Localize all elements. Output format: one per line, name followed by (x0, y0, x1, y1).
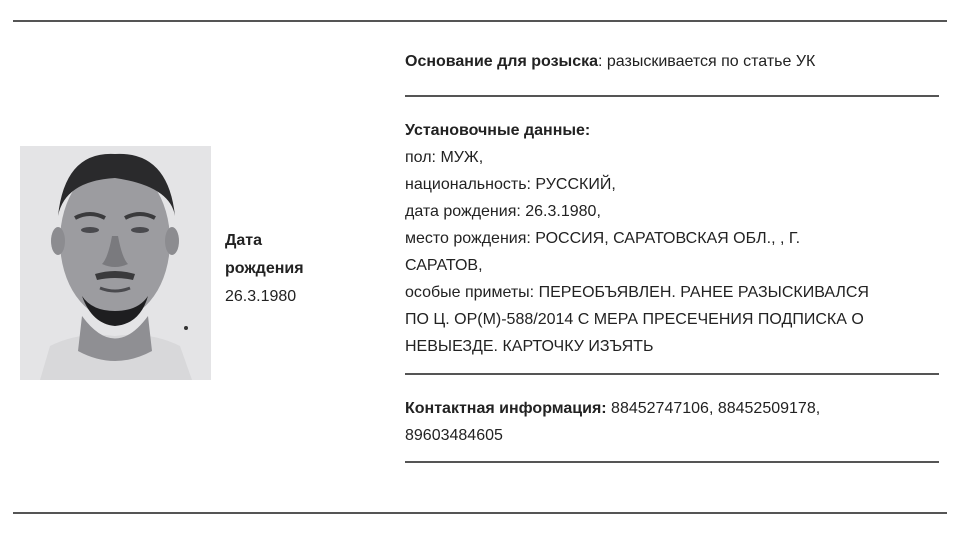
person-photo (20, 146, 211, 380)
contact-phones: 88452747106, 88452509178, (607, 400, 821, 417)
detail-line: особые приметы: ПЕРЕОБЪЯВЛЕН. РАНЕЕ РАЗЫ… (405, 279, 939, 306)
contact-label: Контактная информация: (405, 400, 607, 417)
outer-bottom-divider (13, 512, 947, 514)
detail-line: пол: МУЖ, (405, 144, 939, 171)
identification-heading: Установочные данные: (405, 122, 590, 139)
birth-date-label: Дата (225, 227, 304, 255)
contact-phones-line2: 89603484605 (405, 422, 939, 449)
reason-label: Основание для розыска (405, 53, 598, 70)
detail-line: НЕВЫЕЗДЕ. КАРТОЧКУ ИЗЪЯТЬ (405, 333, 939, 360)
reason-separator: : (598, 53, 607, 70)
detail-line: национальность: РУССКИЙ, (405, 171, 939, 198)
birth-date-summary: Дата рождения 26.3.1980 (225, 227, 304, 311)
identification-section: Установочные данные: пол: МУЖ, националь… (405, 97, 939, 360)
detail-line: место рождения: РОССИЯ, САРАТОВСКАЯ ОБЛ.… (405, 225, 939, 252)
detail-line: дата рождения: 26.3.1980, (405, 198, 939, 225)
details-column: Основание для розыска: разыскивается по … (405, 48, 939, 463)
detail-line: ПО Ц. ОР(М)-588/2014 С МЕРА ПРЕСЕЧЕНИЯ П… (405, 306, 939, 333)
contact-section: Контактная информация: 88452747106, 8845… (405, 375, 939, 449)
birth-date-value: 26.3.1980 (225, 283, 304, 311)
person-photo-icon (20, 146, 211, 380)
reason-section: Основание для розыска: разыскивается по … (405, 48, 939, 85)
section-divider (405, 461, 939, 463)
birth-date-label-line2: рождения (225, 255, 304, 283)
detail-line: САРАТОВ, (405, 252, 939, 279)
reason-value: разыскивается по статье УК (607, 53, 815, 70)
outer-top-divider (13, 20, 947, 22)
